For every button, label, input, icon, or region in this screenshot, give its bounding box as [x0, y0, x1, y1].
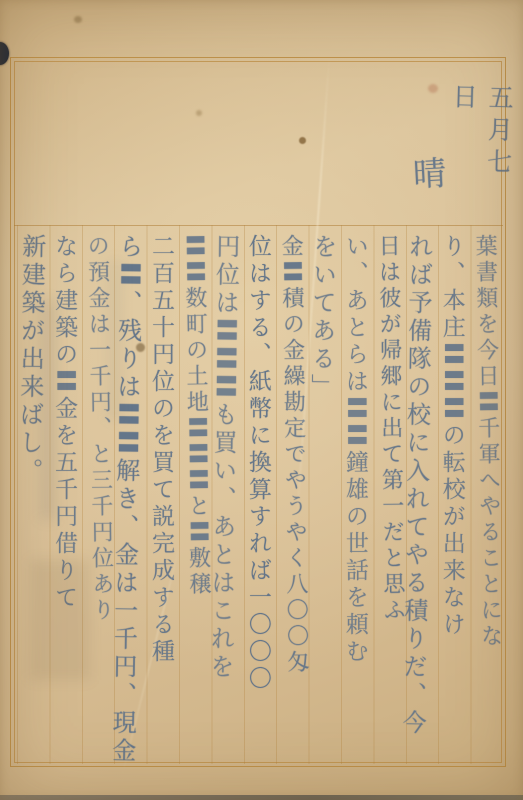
handwriting-column: 二百五十円位のを買て説完成する種: [145, 234, 177, 774]
handwriting-columns: 葉書類を今日〓千軍へやることになり、本庄〓〓〓の転校が出来なければ予備隊の校に入…: [14, 228, 503, 772]
handwriting-column: 新建築が出来ばし。: [8, 234, 48, 774]
ink-blot: [0, 42, 9, 65]
weather-text: 晴: [412, 147, 447, 196]
paper-stain: [74, 16, 82, 23]
handwriting-column: なら建築の〓金を五千円借りて: [48, 234, 80, 774]
photo-edge-bottom: [0, 795, 523, 800]
date-text: 五月七日: [442, 83, 517, 205]
handwriting-column: り、本庄〓〓〓の転校が出来なけ: [436, 234, 468, 774]
handwriting-column: い、あとらは〓〓鐘雄の世話を頼む: [339, 234, 371, 774]
paper: 五月七日 晴 葉書類を今日〓千軍へやることになり、本庄〓〓〓の転校が出来なければ…: [0, 0, 523, 800]
handwriting-column: 位はする、紙幣に換算すれば一〇〇〇: [242, 234, 274, 774]
handwriting-column: 葉書類を今日〓千軍へやることにな: [468, 234, 508, 774]
scanned-page: 五月七日 晴 葉書類を今日〓千軍へやることになり、本庄〓〓〓の転校が出来なければ…: [0, 0, 523, 800]
